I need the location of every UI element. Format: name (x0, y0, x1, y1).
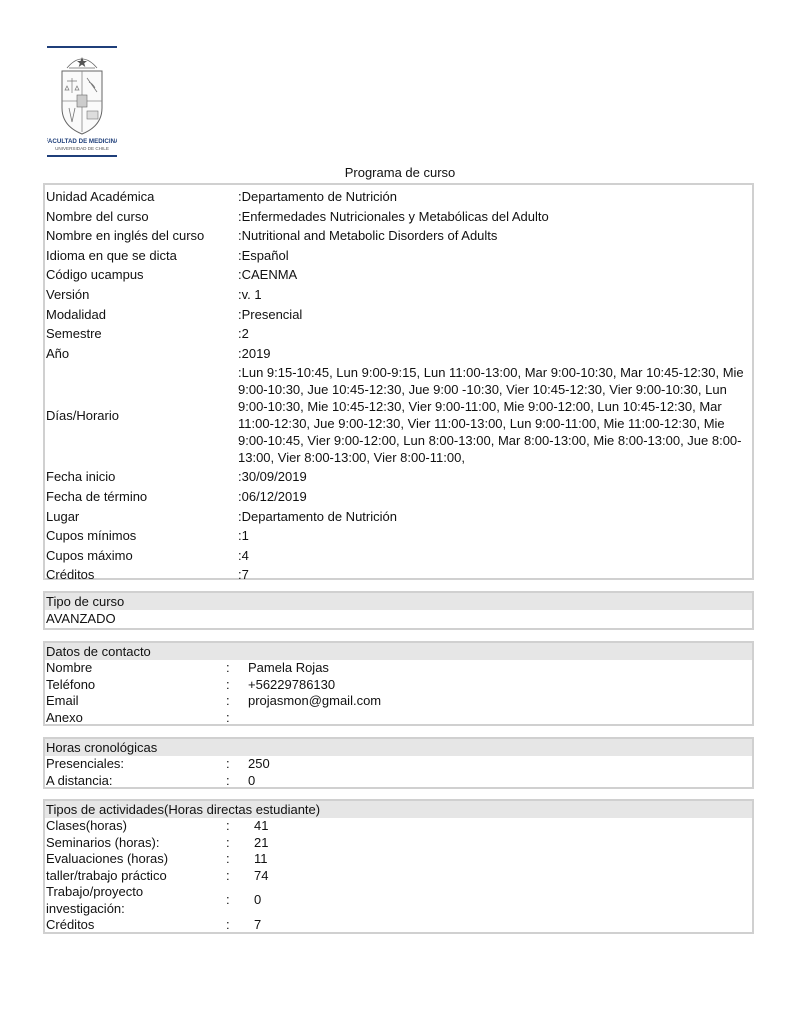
field-value: 0 (248, 773, 752, 790)
field-value: :v. 1 (238, 285, 752, 305)
field-row: Fecha de término:06/12/2019 (45, 487, 752, 507)
field-row: Teléfono:+56229786130 (45, 677, 752, 694)
contact-section: Datos de contacto Nombre:Pamela RojasTel… (43, 641, 754, 726)
field-label: Fecha de término (46, 487, 238, 507)
field-row: Email:projasmon@gmail.com (45, 693, 752, 710)
field-separator: : (226, 677, 248, 694)
field-label: Anexo (46, 710, 226, 727)
field-row: Lugar:Departamento de Nutrición (45, 507, 752, 527)
course-type-value: AVANZADO (45, 610, 752, 628)
field-label: Clases(horas) (46, 818, 186, 835)
field-value: 11 (254, 851, 752, 868)
schedule-row: Días/Horario :Lun 9:15-10:45, Lun 9:00-9… (45, 363, 752, 467)
field-label: Presenciales: (46, 756, 226, 773)
field-label: Modalidad (46, 305, 238, 325)
section-heading: Horas cronológicas (45, 739, 752, 756)
field-separator: : (226, 851, 254, 868)
field-separator: : (226, 773, 248, 790)
hours-section: Horas cronológicas Presenciales::250A di… (43, 737, 754, 789)
course-info-section: Unidad Académica:Departamento de Nutrici… (43, 183, 754, 580)
field-value: 250 (248, 756, 752, 773)
section-heading: Tipo de curso (45, 593, 752, 610)
field-value: 21 (254, 835, 752, 852)
field-row: Presenciales::250 (45, 756, 752, 773)
field-value: :Enfermedades Nutricionales y Metabólica… (238, 207, 752, 227)
field-label: Fecha inicio (46, 467, 238, 487)
field-label: taller/trabajo práctico (46, 868, 186, 885)
faculty-logo: FACULTAD DE MEDICINA UNIVERSIDAD DE CHIL… (47, 46, 117, 158)
field-row: taller/trabajo práctico:74 (45, 868, 752, 885)
field-label: Evaluaciones (horas) (46, 851, 186, 868)
field-row: Cupos mínimos:1 (45, 526, 752, 546)
field-row: Versión:v. 1 (45, 285, 752, 305)
field-label: Código ucampus (46, 265, 238, 285)
course-type-section: Tipo de curso AVANZADO (43, 591, 754, 630)
field-separator: : (226, 693, 248, 710)
field-row: Créditos:7 (45, 917, 752, 934)
field-row: Anexo: (45, 710, 752, 727)
field-row: Seminarios (horas)::21 (45, 835, 752, 852)
field-value: :06/12/2019 (238, 487, 752, 507)
field-row: Idioma en que se dicta:Español (45, 246, 752, 266)
field-label: Cupos mínimos (46, 526, 238, 546)
field-label: Trabajo/proyecto investigación: (46, 884, 186, 917)
field-value: :2 (238, 324, 752, 344)
section-heading: Tipos de actividades(Horas directas estu… (45, 801, 752, 818)
field-row: Créditos:7 (45, 565, 752, 585)
field-row: Cupos máximo:4 (45, 546, 752, 566)
field-label: Versión (46, 285, 238, 305)
field-row: Código ucampus:CAENMA (45, 265, 752, 285)
field-value: :Departamento de Nutrición (238, 507, 752, 527)
field-value: +56229786130 (248, 677, 752, 694)
field-label: Seminarios (horas): (46, 835, 186, 852)
field-separator: : (226, 818, 254, 835)
field-row: Clases(horas):41 (45, 818, 752, 835)
field-row: Unidad Académica:Departamento de Nutrici… (45, 187, 752, 207)
field-label: Cupos máximo (46, 546, 238, 566)
field-label: Año (46, 344, 238, 364)
activities-section: Tipos de actividades(Horas directas estu… (43, 799, 754, 934)
field-row: Nombre:Pamela Rojas (45, 660, 752, 677)
field-row: Trabajo/proyecto investigación::0 (45, 884, 752, 917)
field-label: Días/Horario (46, 363, 238, 467)
field-label: Nombre en inglés del curso (46, 226, 238, 246)
field-value: :Presencial (238, 305, 752, 325)
field-separator: : (226, 868, 254, 885)
field-row: Semestre:2 (45, 324, 752, 344)
document-title: Programa de curso (0, 165, 800, 180)
field-value: :2019 (238, 344, 752, 364)
field-value: :Español (238, 246, 752, 266)
field-value (248, 710, 752, 727)
field-row: Año:2019 (45, 344, 752, 364)
field-row: Nombre del curso:Enfermedades Nutriciona… (45, 207, 752, 227)
field-label: Teléfono (46, 677, 226, 694)
field-value: 74 (254, 868, 752, 885)
field-label: Créditos (46, 917, 186, 934)
field-separator: : (226, 835, 254, 852)
field-row: Nombre en inglés del curso:Nutritional a… (45, 226, 752, 246)
field-label: Idioma en que se dicta (46, 246, 238, 266)
field-separator: : (226, 917, 254, 934)
field-row: Fecha inicio:30/09/2019 (45, 467, 752, 487)
field-row: Evaluaciones (horas):11 (45, 851, 752, 868)
field-value: 0 (254, 884, 752, 917)
section-heading: Datos de contacto (45, 643, 752, 660)
svg-text:UNIVERSIDAD DE CHILE: UNIVERSIDAD DE CHILE (55, 146, 109, 151)
field-value: :Departamento de Nutrición (238, 187, 752, 207)
field-label: Nombre (46, 660, 226, 677)
field-label: Lugar (46, 507, 238, 527)
field-label: Semestre (46, 324, 238, 344)
field-value: :Lun 9:15-10:45, Lun 9:00-9:15, Lun 11:0… (238, 363, 752, 467)
field-value: :7 (238, 565, 752, 585)
field-value: :CAENMA (238, 265, 752, 285)
field-row: Modalidad:Presencial (45, 305, 752, 325)
field-label: A distancia: (46, 773, 226, 790)
svg-text:FACULTAD DE MEDICINA: FACULTAD DE MEDICINA (47, 138, 117, 145)
field-value: 7 (254, 917, 752, 934)
field-value: 41 (254, 818, 752, 835)
field-separator: : (226, 710, 248, 727)
field-value: :30/09/2019 (238, 467, 752, 487)
field-label: Créditos (46, 565, 238, 585)
field-value: :Nutritional and Metabolic Disorders of … (238, 226, 752, 246)
field-value: projasmon@gmail.com (248, 693, 752, 710)
field-value: :4 (238, 546, 752, 566)
field-value: :1 (238, 526, 752, 546)
field-value: Pamela Rojas (248, 660, 752, 677)
field-label: Unidad Académica (46, 187, 238, 207)
field-separator: : (226, 660, 248, 677)
field-label: Nombre del curso (46, 207, 238, 227)
field-separator: : (226, 884, 254, 917)
field-row: A distancia::0 (45, 773, 752, 790)
field-separator: : (226, 756, 248, 773)
field-label: Email (46, 693, 226, 710)
